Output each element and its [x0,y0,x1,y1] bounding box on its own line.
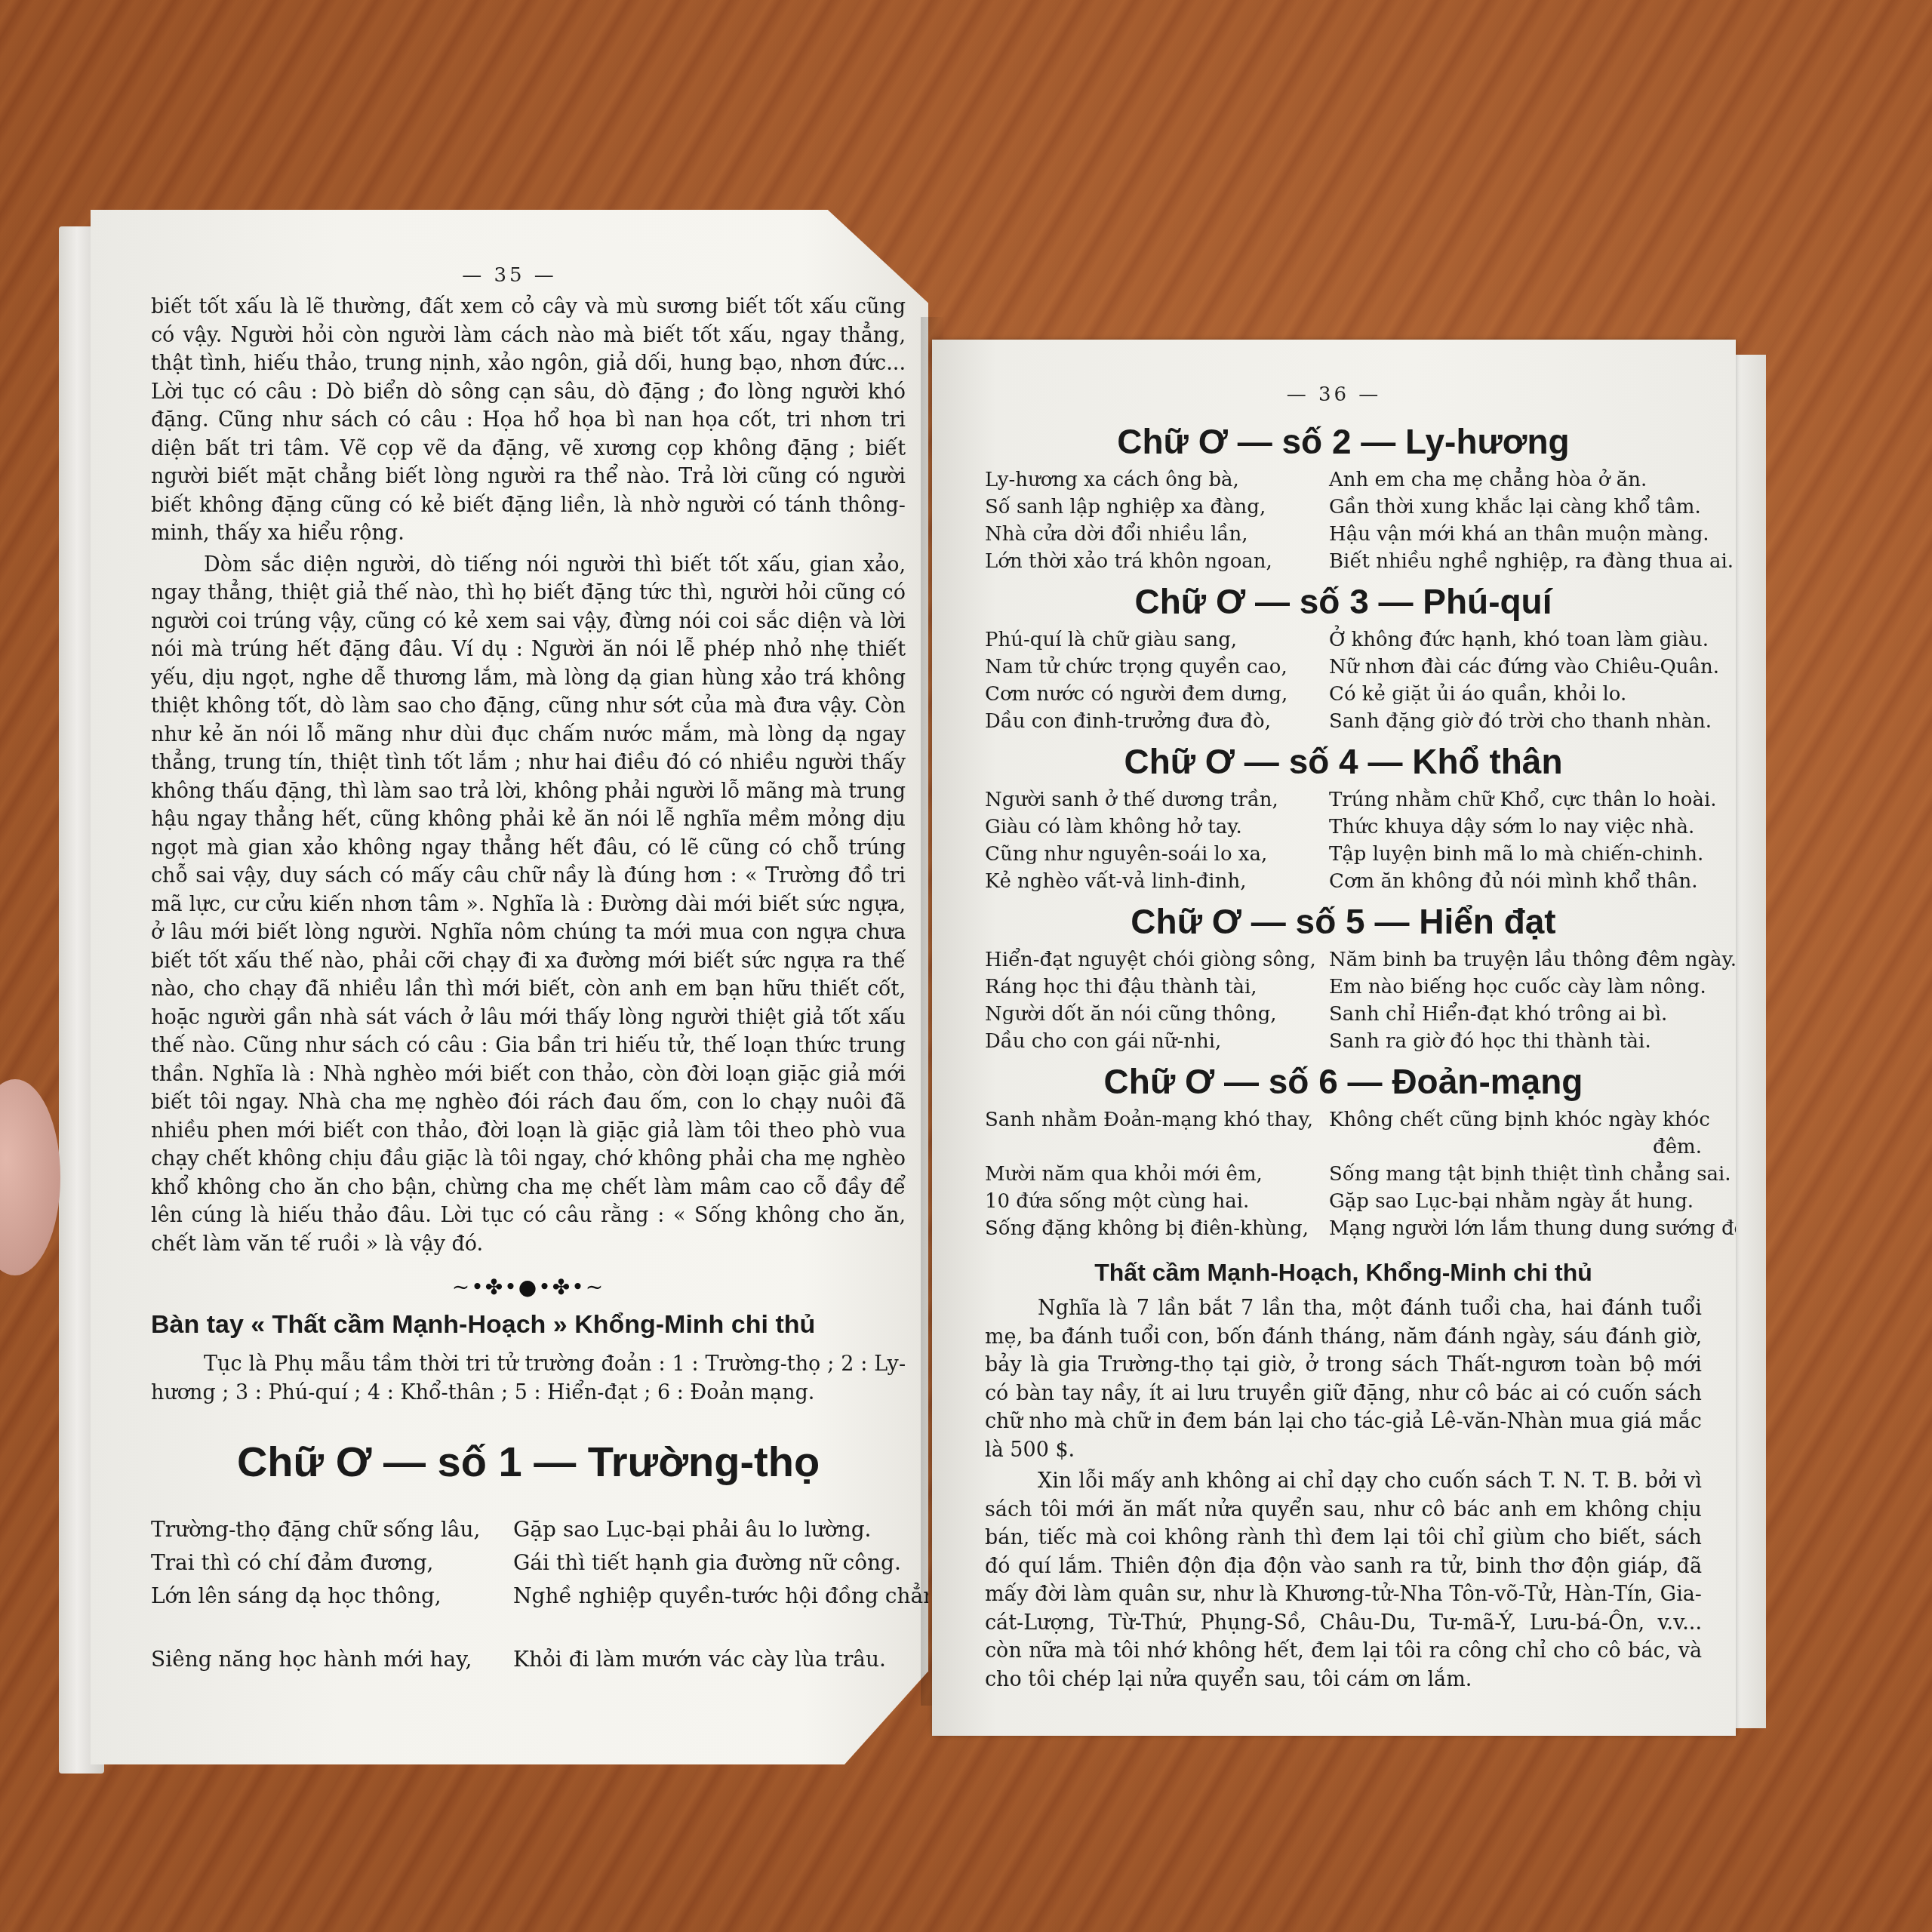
verse-line: Người dốt ăn nói cũng thông, [985,1001,1329,1028]
right-page: — 36 — Chữ Ơ — số 2 — Ly-hương Ly-hương … [932,340,1736,1736]
ornament-divider-icon: ~•✤•●•✤•~ [151,1275,906,1300]
page-number-36: — 36 — [932,383,1736,406]
poem-title: Chữ Ơ — số 4 — Khổ thân [985,741,1702,782]
verse-line: Sống mang tật bịnh thiệt tình chẳng sai. [1329,1161,1702,1188]
verse-line: Sanh ra giờ đó học thi thành tài. [1329,1028,1702,1055]
poem-verses: Trường-thọ đặng chữ sống lâu, Gặp sao Lụ… [151,1513,906,1676]
verse-line: Sanh chỉ Hiển-đạt khó trông ai bì. [1329,1001,1702,1028]
verse-line [985,1134,1329,1161]
poem-verses: Hiển-đạt nguyệt chói giòng sông, Năm bin… [985,946,1702,1055]
verse-line: Dầu cho con gái nữ-nhi, [985,1028,1329,1055]
verse-line: Khỏi đi làm mướn vác cày lùa trâu. [513,1643,906,1676]
verse-line: Lớn thời xảo trá khôn ngoan, [985,548,1329,575]
verse-line-continuation: đêm. [1329,1134,1702,1161]
verse-line: Ly-hương xa cách ông bà, [985,466,1329,494]
verse-line: Trai thì có chí đảm đương, [151,1546,513,1580]
verse-line: Anh em cha mẹ chẳng hòa ở ăn. [1329,466,1702,494]
verse-line: Không chết cũng bịnh khóc ngày khóc [1329,1106,1702,1134]
page-number-35: — 35 — [91,264,928,287]
verse-line: Mạng người lớn lắm thung dung sướng đời. [1329,1215,1702,1242]
verse-line: Hiển-đạt nguyệt chói giòng sông, [985,946,1329,974]
verse-line: Biết nhiều nghề nghiệp, ra đàng thua ai. [1329,548,1702,575]
verse-line: Có kẻ giặt ủi áo quần, khỏi lo. [1329,681,1702,708]
paragraph: Xin lỗi mấy anh không ai chỉ dạy cho cuố… [985,1467,1702,1694]
section-title: Bàn tay « Thất cầm Mạnh-Hoạch » Khổng-Mi… [151,1310,906,1340]
verse-line: 10 đứa sống một cùng hai. [985,1188,1329,1215]
section-title: Thất cầm Mạnh-Hoạch, Khổng-Minh chi thủ [985,1259,1702,1287]
verse-line: Phú-quí là chữ giàu sang, [985,626,1329,654]
verse-line: Cơm nước có người đem dưng, [985,681,1329,708]
verse-line: Ở không đức hạnh, khó toan làm giàu. [1329,626,1702,654]
verse-line: Năm binh ba truyện lầu thông đêm ngày. [1329,946,1702,974]
paragraph: Dòm sắc diện người, dò tiếng nói người t… [151,551,906,1259]
verse-line: Sanh nhằm Đoản-mạng khó thay, [985,1106,1329,1134]
verse-line: Người sanh ở thế dương trần, [985,786,1329,814]
poem-verses: Sanh nhằm Đoản-mạng khó thay, Không chết… [985,1106,1702,1242]
poem-verses: Phú-quí là chữ giàu sang, Ở không đức hạ… [985,626,1702,735]
verse-line: Sanh đặng giờ đó trời cho thanh nhàn. [1329,708,1702,735]
paragraph: Nghĩa là 7 lần bắt 7 lần tha, một đánh t… [985,1294,1702,1464]
verse-line: Sống đặng không bị điên-khùng, [985,1215,1329,1242]
poem-title: Chữ Ơ — số 1 — Trường-thọ [151,1437,906,1486]
verse-line: Gái thì tiết hạnh gia đường nữ công. [513,1546,906,1580]
verse-gap [151,1613,906,1643]
poem-title: Chữ Ơ — số 5 — Hiển đạt [985,901,1702,942]
verse-line: Nam tử chức trọng quyền cao, [985,654,1329,681]
left-page: — 35 — biết tốt xấu là lẽ thường, đất xe… [91,210,928,1764]
section-intro: Tục là Phụ mẫu tầm thời tri tử trường đo… [151,1350,906,1407]
poem-title: Chữ Ơ — số 2 — Ly-hương [985,421,1702,462]
verse-line: Thức khuya dậy sớm lo nay việc nhà. [1329,814,1702,841]
verse-line: Cũng như nguyên-soái lo xa, [985,841,1329,868]
verse-line: Tập luyện binh mã lo mà chiến-chinh. [1329,841,1702,868]
verse-line: Số sanh lập nghiệp xa đàng, [985,494,1329,521]
right-page-content: Chữ Ơ — số 2 — Ly-hương Ly-hương xa cách… [985,415,1702,1694]
verse-line: Siêng năng học hành mới hay, [151,1643,513,1676]
verse-line: Giàu có làm không hở tay. [985,814,1329,841]
verse-line: Lớn lên sáng dạ học thông, [151,1580,513,1613]
verse-line: Cơm ăn không đủ nói mình khổ thân. [1329,868,1702,895]
verse-line: Trúng nhằm chữ Khổ, cực thân lo hoài. [1329,786,1702,814]
verse-line: Nhà cửa dời đổi nhiều lần, [985,521,1329,548]
verse-line: Dầu con đinh-trưởng đưa đò, [985,708,1329,735]
verse-line: Mười năm qua khỏi mới êm, [985,1161,1329,1188]
verse-line: Gặp sao Lục-bại phải âu lo lường. [513,1513,906,1546]
poem-title: Chữ Ơ — số 6 — Đoản-mạng [985,1061,1702,1102]
verse-line: Trường-thọ đặng chữ sống lâu, [151,1513,513,1546]
thumb-holding-book [0,1079,60,1275]
page-stack-right-edge [1736,355,1766,1728]
poem-title: Chữ Ơ — số 3 — Phú-quí [985,581,1702,622]
verse-line: Hậu vận mới khá an thân muộn màng. [1329,521,1702,548]
verse-line: Em nào biếng học cuốc cày làm nông. [1329,974,1702,1001]
left-page-content: biết tốt xấu là lẽ thường, đất xem cỏ câ… [151,293,906,1676]
verse-line: Gặp sao Lục-bại nhằm ngày ắt hung. [1329,1188,1702,1215]
verse-line: Kẻ nghèo vất-vả linh-đinh, [985,868,1329,895]
verse-line: Nghề nghiệp quyền-tước hội đồng chẳng sa… [513,1580,906,1613]
verse-line: Nữ nhơn đài các đứng vào Chiêu-Quân. [1329,654,1702,681]
paragraph: biết tốt xấu là lẽ thường, đất xem cỏ câ… [151,293,906,548]
verse-line: Gần thời xung khắc lại càng khổ tâm. [1329,494,1702,521]
poem-verses: Ly-hương xa cách ông bà, Anh em cha mẹ c… [985,466,1702,575]
verse-line: Ráng học thi đậu thành tài, [985,974,1329,1001]
poem-verses: Người sanh ở thế dương trần, Trúng nhằm … [985,786,1702,895]
